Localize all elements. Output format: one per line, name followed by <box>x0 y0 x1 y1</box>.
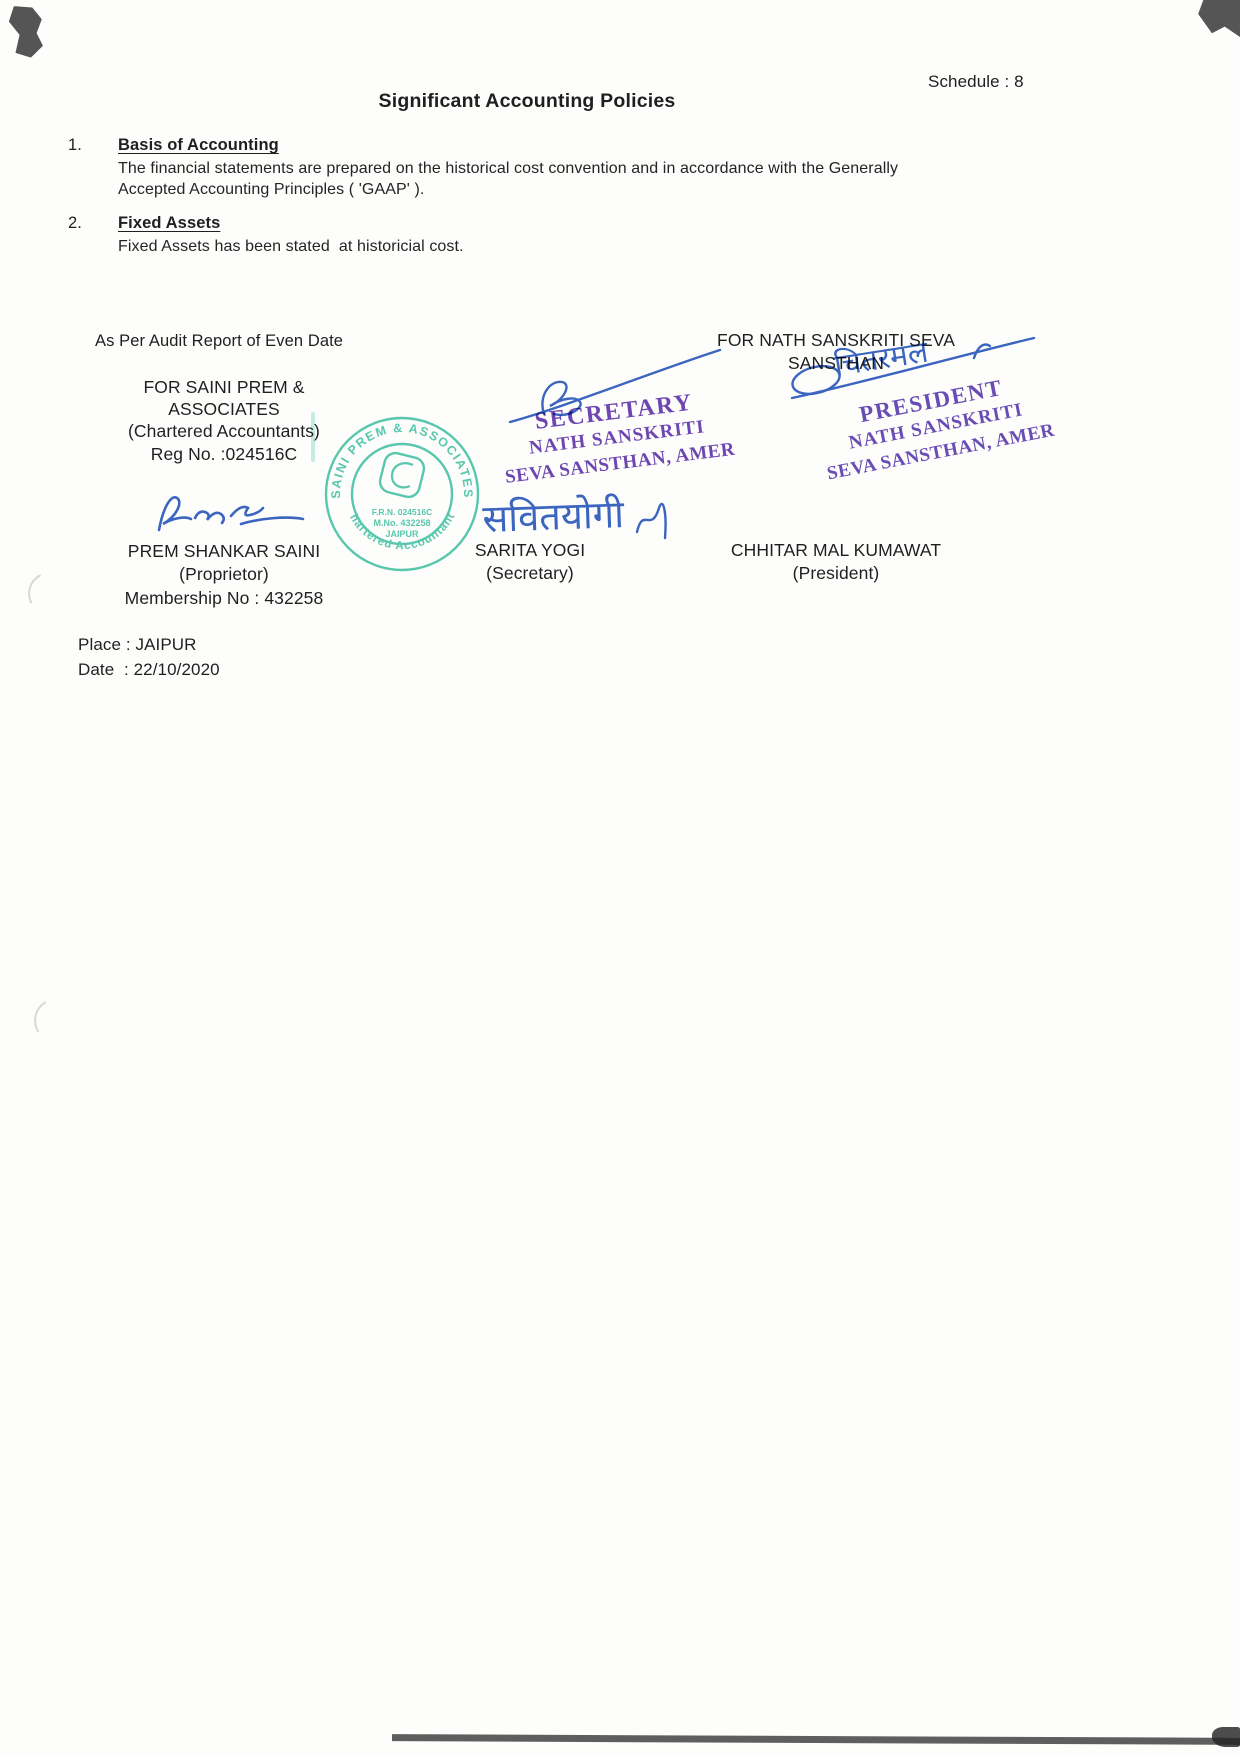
scan-artifact-bottom-right-blob <box>1212 1727 1240 1747</box>
auditor-role: (Proprietor) <box>104 563 344 585</box>
secretary-name: SARITA YOGI <box>430 540 630 561</box>
president-role: (President) <box>706 563 966 584</box>
secretary-signature-text: सवितयोगी <box>482 492 626 541</box>
auditor-name: PREM SHANKAR SAINI <box>104 540 344 562</box>
auditor-signature <box>145 486 315 542</box>
ca-stamp-mno: M.No. 432258 <box>373 518 430 528</box>
place-label: Place : JAIPUR <box>78 635 197 655</box>
auditor-membership: Membership No : 432258 <box>104 587 344 609</box>
scan-artifact-bottom-line <box>392 1734 1240 1745</box>
policy-2-body-line-1: Fixed Assets has been stated at historic… <box>118 236 464 257</box>
scan-smudge-left-lower <box>29 993 87 1049</box>
president-signature: चितरमल <box>778 332 1043 422</box>
policy-1-body-line-2: Accepted Accounting Principles ( 'GAAP' … <box>118 179 424 200</box>
auditor-reg-no: Reg No. :024516C <box>104 443 344 465</box>
policy-1-heading: Basis of Accounting <box>118 136 279 155</box>
auditor-firm-line-2: ASSOCIATES <box>104 398 344 420</box>
policy-1-body-line-1: The financial statements are prepared on… <box>118 158 898 179</box>
audit-report-note: As Per Audit Report of Even Date <box>95 332 343 351</box>
policy-2-heading: Fixed Assets <box>118 214 220 233</box>
ca-stamp-city: JAIPUR <box>385 529 419 539</box>
auditor-firm-line-1: FOR SAINI PREM & <box>104 376 344 398</box>
date-label: Date : 22/10/2020 <box>78 660 220 680</box>
schedule-label: Schedule : 8 <box>928 72 1024 92</box>
page-title: Significant Accounting Policies <box>277 90 777 113</box>
secretary-role: (Secretary) <box>430 563 630 584</box>
scan-artifact-top-right <box>1189 0 1240 37</box>
president-name: CHHITAR MAL KUMAWAT <box>706 540 966 561</box>
policy-2-number: 2. <box>68 214 82 233</box>
ca-stamp-frn: F.R.N. 024516C <box>372 507 432 517</box>
scan-smudge-left-upper <box>22 566 79 622</box>
auditor-firm-type: (Chartered Accountants) <box>104 420 344 442</box>
policy-1-number: 1. <box>68 136 82 155</box>
scan-artifact-top-left <box>7 3 45 59</box>
scanned-document-page: Schedule : 8 Significant Accounting Poli… <box>0 0 1240 1754</box>
